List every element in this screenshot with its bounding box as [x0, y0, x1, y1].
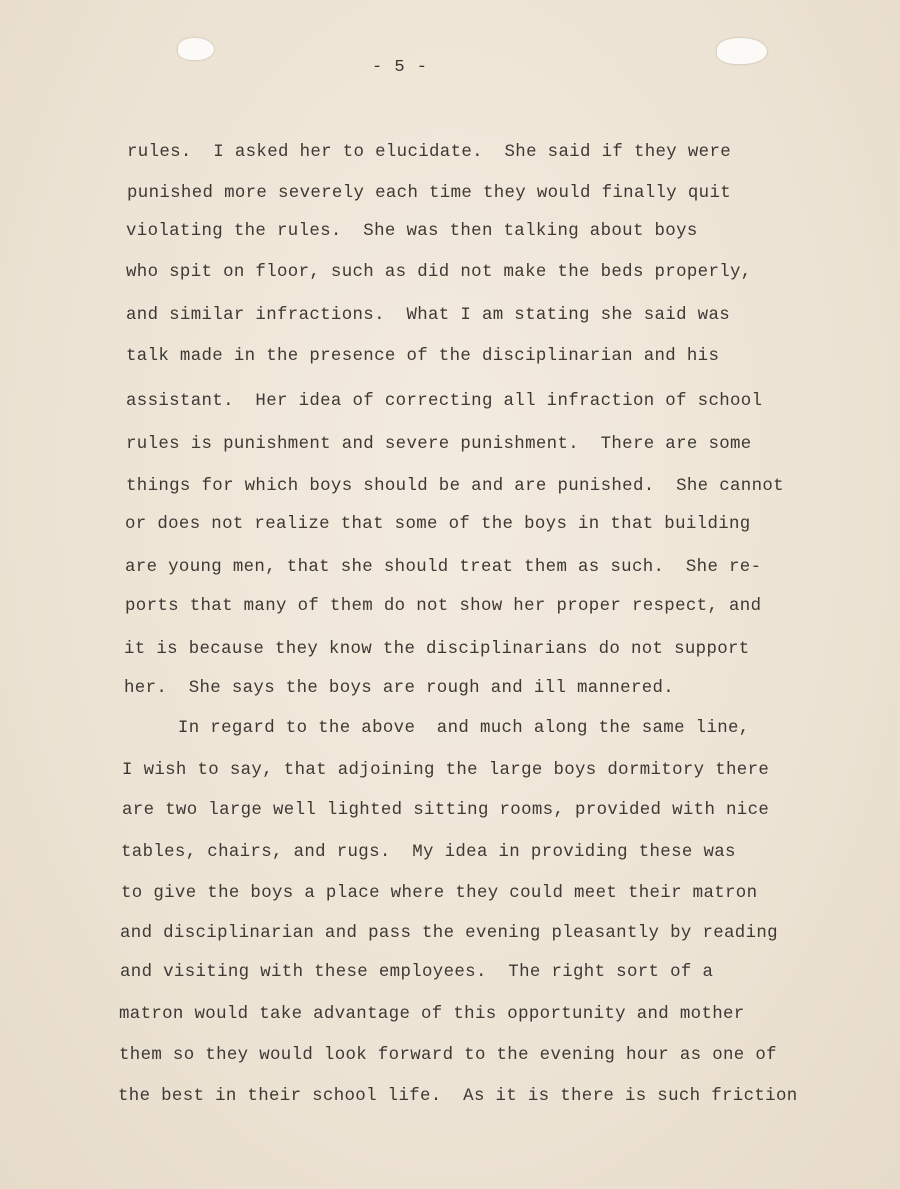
- text-line: are two large well lighted sitting rooms…: [122, 801, 769, 820]
- text-line: rules is punishment and severe punishmen…: [126, 435, 752, 454]
- text-line: I wish to say, that adjoining the large …: [122, 761, 769, 780]
- page-number: - 5 -: [0, 58, 800, 77]
- punch-hole-left: [178, 38, 214, 60]
- text-line: punished more severely each time they wo…: [127, 184, 731, 203]
- text-line: or does not realize that some of the boy…: [125, 515, 751, 534]
- text-line: matron would take advantage of this oppo…: [119, 1005, 745, 1024]
- text-line: her. She says the boys are rough and ill…: [124, 679, 674, 698]
- text-line: and visiting with these employees. The r…: [120, 963, 713, 982]
- text-line: and similar infractions. What I am stati…: [126, 306, 730, 325]
- text-line: things for which boys should be and are …: [126, 477, 784, 496]
- text-line: In regard to the above and much along th…: [124, 719, 750, 738]
- text-line: who spit on floor, such as did not make …: [126, 263, 752, 282]
- text-line: violating the rules. She was then talkin…: [126, 222, 698, 241]
- text-line: and disciplinarian and pass the evening …: [120, 924, 778, 943]
- document-page: - 5 - rules. I asked her to elucidate. S…: [0, 0, 900, 1189]
- text-line: the best in their school life. As it is …: [118, 1087, 798, 1106]
- text-line: them so they would look forward to the e…: [119, 1046, 777, 1065]
- text-line: rules. I asked her to elucidate. She sai…: [127, 143, 731, 162]
- text-line: are young men, that she should treat the…: [125, 558, 761, 577]
- text-line: it is because they know the disciplinari…: [124, 640, 750, 659]
- text-line: talk made in the presence of the discipl…: [126, 347, 719, 366]
- text-line: tables, chairs, and rugs. My idea in pro…: [121, 843, 736, 862]
- text-line: ports that many of them do not show her …: [125, 597, 761, 616]
- text-line: to give the boys a place where they coul…: [121, 884, 757, 903]
- text-line: assistant. Her idea of correcting all in…: [126, 392, 762, 411]
